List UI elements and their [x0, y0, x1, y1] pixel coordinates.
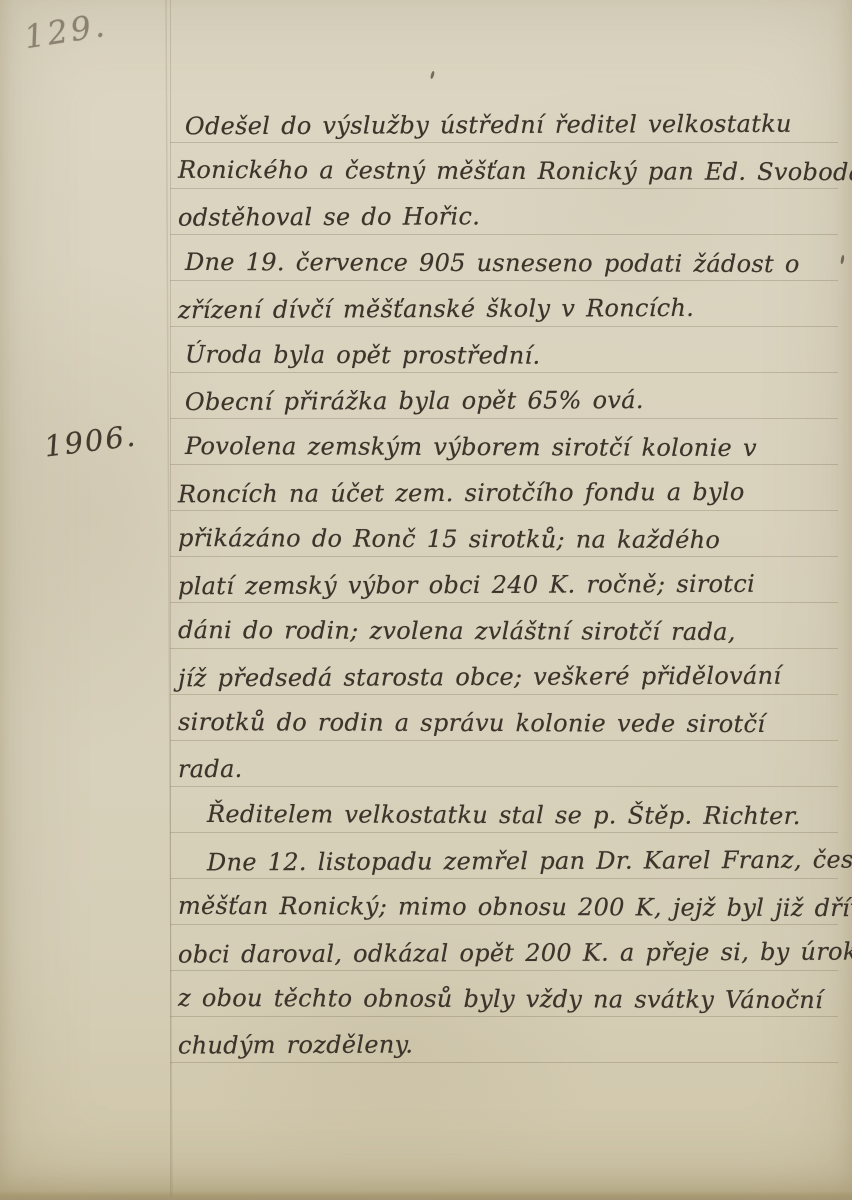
manuscript-line: jíž předsedá starosta obce; veškeré přid…: [178, 659, 781, 702]
manuscript-line: platí zemský výbor obci 240 K. ročně; si…: [178, 567, 755, 610]
manuscript-line: dáni do rodin; zvolena zvláštní sirotčí …: [178, 613, 736, 655]
manuscript-line: Úroda byla opět prostřední.: [178, 337, 541, 378]
manuscript-line: Ředitelem velkostatku stal se p. Štěp. R…: [178, 797, 801, 839]
manuscript-line: chudým rozděleny.: [178, 1027, 413, 1068]
manuscript-line: Dne 19. července 905 usneseno podati žád…: [178, 245, 800, 287]
manuscript-line: přikázáno do Ronč 15 sirotků; na každého: [178, 521, 720, 563]
manuscript-line: Dne 12. listopadu zemřel pan Dr. Karel F…: [178, 842, 852, 885]
manuscript-line: Povolena zemským výborem sirotčí kolonie…: [178, 429, 757, 471]
manuscript-line: měšťan Ronický; mimo obnosu 200 K, jejž …: [178, 889, 852, 931]
manuscript-line: z obou těchto obnosů byly vždy na svátky…: [178, 981, 823, 1023]
margin-rule-line: [170, 0, 171, 1200]
manuscript-line: sirotků do rodin a správu kolonie vede s…: [178, 705, 765, 747]
manuscript-line: rada.: [178, 752, 243, 792]
manuscript-page: 129. 1906. Odešel do výslužby ústřední ř…: [0, 0, 852, 1200]
manuscript-line: obci daroval, odkázal opět 200 K. a přej…: [178, 934, 852, 977]
manuscript-line: Ronického a čestný měšťan Ronický pan Ed…: [178, 153, 852, 195]
manuscript-line: Obecní přirážka byla opět 65% ová.: [178, 383, 644, 425]
page-bottom-edge: [0, 1191, 852, 1200]
manuscript-line: odstěhoval se do Hořic.: [178, 199, 480, 240]
rule-line: [170, 786, 838, 787]
manuscript-line: Odešel do výslužby ústřední ředitel velk…: [178, 107, 792, 150]
manuscript-line: zřízení dívčí měšťanské školy v Roncích.: [178, 291, 694, 333]
manuscript-line: Roncích na účet zem. sirotčího fondu a b…: [178, 475, 745, 517]
